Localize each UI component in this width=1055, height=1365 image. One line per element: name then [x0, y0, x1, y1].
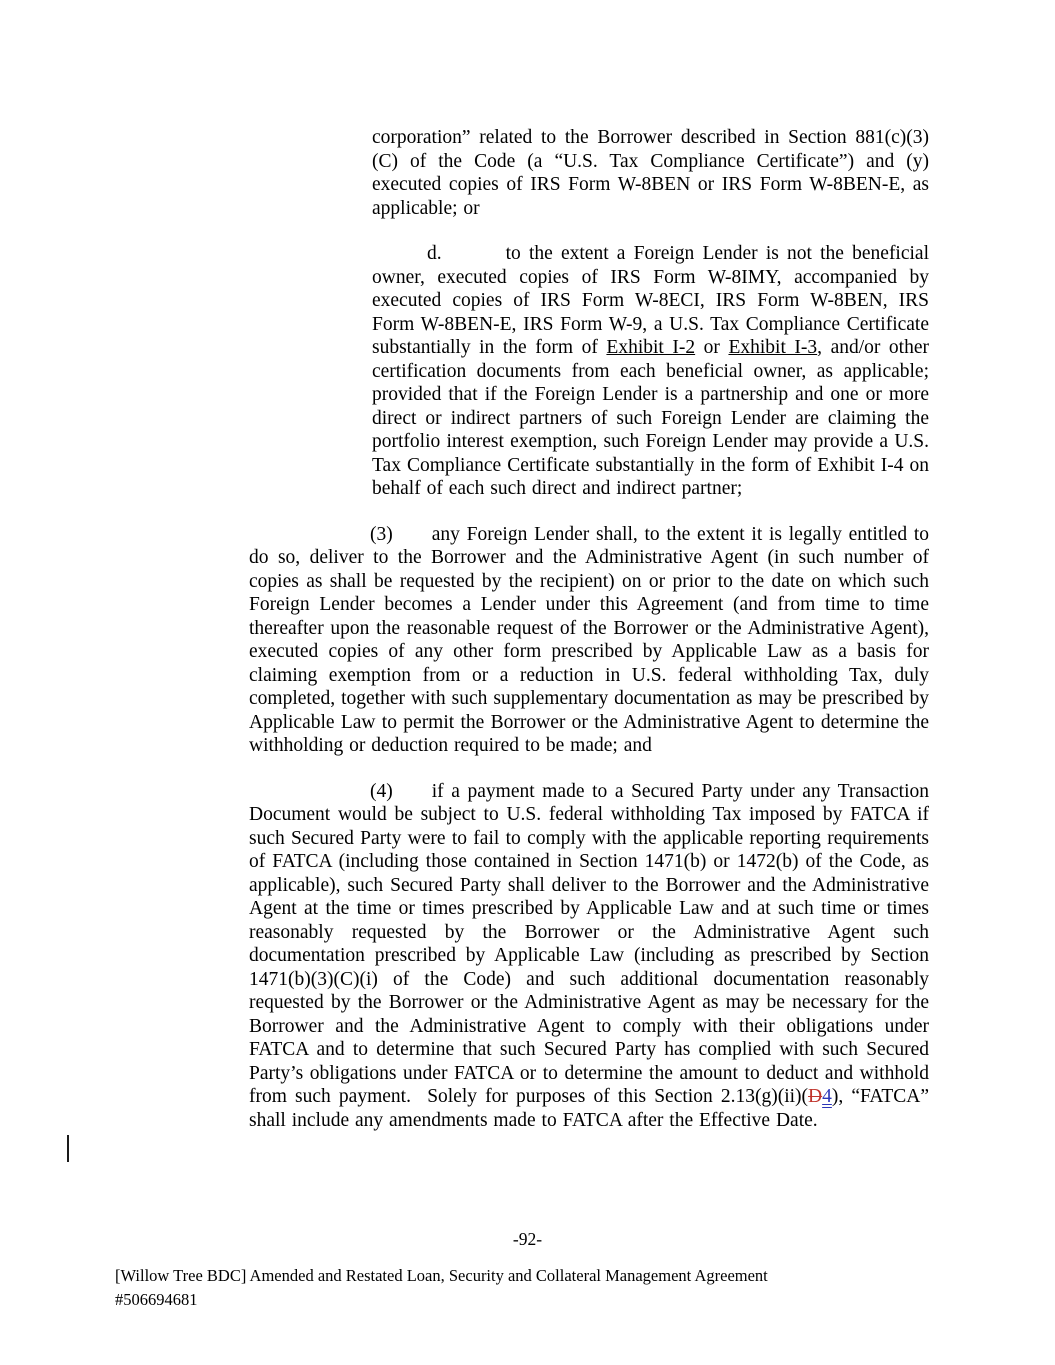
paragraph-4: (4)if a payment made to a Secured Party … — [249, 780, 929, 1133]
paragraph-4-label: (4) — [370, 781, 393, 802]
text-run: or — [695, 337, 728, 358]
paragraph-d-text: to the extent a Foreign Lender is not th… — [372, 243, 929, 499]
text-run-underline: Exhibit I-3 — [728, 337, 817, 358]
text-run: , and/or other certification documents f… — [372, 337, 929, 499]
paragraph-d-label: d. — [427, 243, 442, 264]
text-run-inserted: 4 — [822, 1086, 832, 1107]
paragraph-3-text: any Foreign Lender shall, to the extent … — [249, 524, 929, 757]
paragraph-3: (3)any Foreign Lender shall, to the exte… — [249, 523, 929, 758]
paragraph-3-label: (3) — [370, 524, 393, 545]
page-footer: [Willow Tree BDC] Amended and Restated L… — [115, 1264, 955, 1311]
revision-change-bar — [67, 1135, 69, 1162]
text-run: corporation” related to the Borrower des… — [372, 127, 929, 219]
text-run: if a payment made to a Secured Party und… — [249, 781, 929, 1108]
text-run: any Foreign Lender shall, to the extent … — [249, 524, 929, 757]
paragraph-d: d.to the extent a Foreign Lender is not … — [372, 242, 929, 501]
text-run-underline: Exhibit I-2 — [606, 337, 695, 358]
footer-document-number: #506694681 — [115, 1288, 955, 1312]
paragraph-corporation-continuation: corporation” related to the Borrower des… — [372, 126, 929, 220]
document-page: corporation” related to the Borrower des… — [0, 0, 1055, 1365]
page-number: -92- — [0, 1228, 1055, 1250]
document-body: corporation” related to the Borrower des… — [249, 126, 929, 1132]
paragraph-4-text: if a payment made to a Secured Party und… — [249, 781, 929, 1131]
text-run-deleted: D — [808, 1086, 822, 1107]
footer-agreement-title: [Willow Tree BDC] Amended and Restated L… — [115, 1264, 955, 1288]
